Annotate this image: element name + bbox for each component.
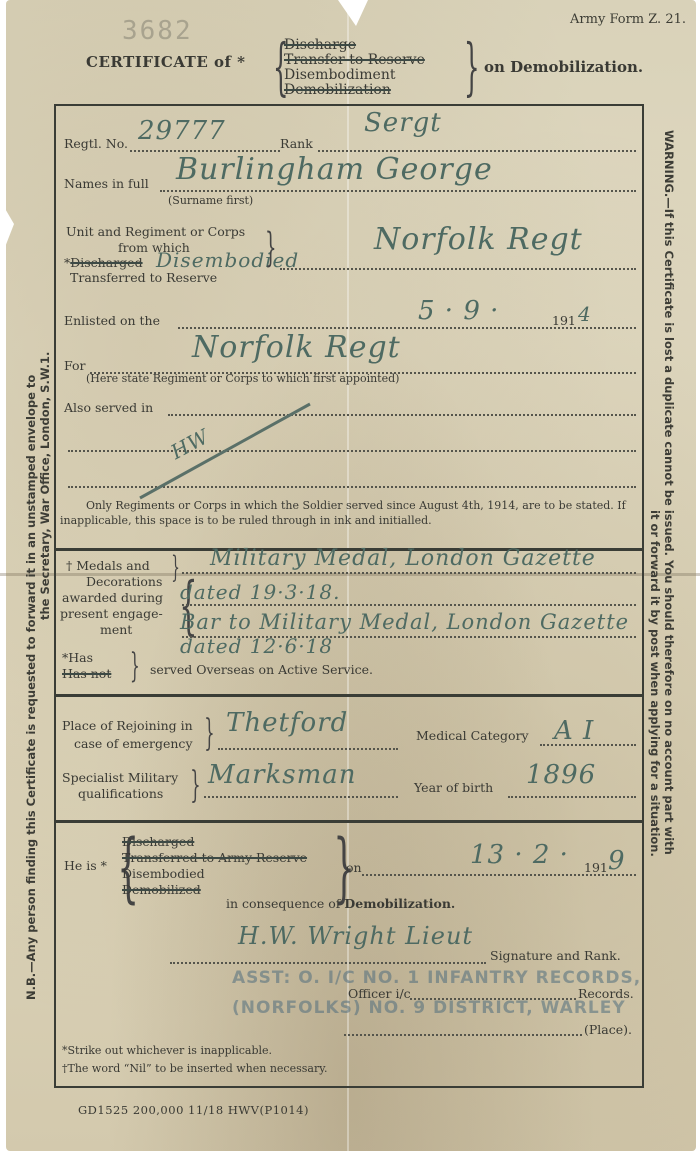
names-value: Burlingham George xyxy=(176,152,493,187)
left-notice-line-2: the Secretary, War Office, London, S.W.1… xyxy=(38,160,52,1000)
enlisted-year-hand: 4 xyxy=(578,302,592,326)
records-stamp-line-1: ASST: O. I/C NO. 1 INFANTRY RECORDS, xyxy=(232,968,641,988)
rejoin-label-2: case of emergency xyxy=(74,736,193,751)
place-label: (Place). xyxy=(584,1022,632,1037)
strike-note: *Strike out whichever is inapplicable. xyxy=(62,1044,272,1057)
signature-label: Signature and Rank. xyxy=(490,948,621,963)
status-year-hand: 9 xyxy=(608,846,626,876)
unit-label-1: Unit and Regiment or Corps xyxy=(66,224,245,239)
specialist-label-2: qualifications xyxy=(78,786,163,801)
right-warning-line-2: it or forward it by post when applying f… xyxy=(648,130,662,1090)
unit-label-3-handwritten: Disembodied xyxy=(156,248,299,272)
year-of-birth-field[interactable] xyxy=(508,796,636,798)
for-value: Norfolk Regt xyxy=(192,330,401,365)
medals-label-1: † Medals and xyxy=(66,558,150,573)
rejoin-label-1: Place of Rejoining in xyxy=(62,718,193,733)
rank-value: Sergt xyxy=(364,108,442,138)
rejoin-brace: } xyxy=(204,714,214,754)
ruled-through-line xyxy=(130,398,320,508)
status-date-value: 13 · 2 · xyxy=(470,840,569,870)
title-option-demobilization: Demobilization xyxy=(284,83,425,98)
status-option-discharged: Discharged xyxy=(122,834,194,849)
enlisted-date: 5 · 9 · xyxy=(418,296,499,326)
overseas-has-not: Has not xyxy=(62,666,111,681)
year-of-birth-label: Year of birth xyxy=(414,780,493,795)
overseas-brace: } xyxy=(130,646,140,686)
army-form-number: Army Form Z. 21. xyxy=(570,12,686,27)
medical-category-value: A I xyxy=(554,716,594,746)
unit-label-3: *Discharged xyxy=(64,255,143,270)
medals-label-3: awarded during xyxy=(62,590,163,605)
specialist-brace: } xyxy=(190,766,200,806)
for-label: For xyxy=(64,358,86,373)
regtl-no-value: 29777 xyxy=(138,116,226,146)
overseas-has: *Has xyxy=(62,650,93,665)
medals-label-5: ment xyxy=(100,622,132,637)
unit-field[interactable] xyxy=(280,268,636,270)
rank-label: Rank xyxy=(280,136,313,151)
title-option-discharge: Discharge xyxy=(284,38,425,53)
year-of-birth-value: 1896 xyxy=(526,760,596,790)
medals-line-1: Military Medal, London Gazette xyxy=(210,546,596,571)
title-prefix: CERTIFICATE of * xyxy=(86,53,246,71)
medals-label-2: Decorations xyxy=(86,574,162,589)
status-option-transferred: Transferred to Army Reserve xyxy=(122,850,307,865)
right-warning-line-1: WARNING.—If this Certificate is lost a d… xyxy=(662,130,676,1090)
specialist-label-1: Specialist Military xyxy=(62,770,178,785)
medals-line-2: dated 19·3·18. xyxy=(180,580,340,604)
left-notice-line-1: N.B.—Any person finding this Certificate… xyxy=(24,160,38,1000)
enlisted-label: Enlisted on the xyxy=(64,313,160,328)
names-label: Names in full xyxy=(64,176,149,191)
left-margin-notice: N.B.—Any person finding this Certificate… xyxy=(24,160,52,1000)
medals-field-1[interactable] xyxy=(182,572,636,574)
status-year-prefix: 191 xyxy=(584,860,608,875)
consequence-text: in consequence of Demobilization. xyxy=(226,896,455,911)
title-option-transfer: Transfer to Reserve xyxy=(284,53,425,68)
title-option-disembodiment: Disembodiment xyxy=(284,68,425,83)
also-served-note: Only Regiments or Corps in which the Sol… xyxy=(60,498,638,528)
enlisted-year-prefix: 191 xyxy=(552,313,576,328)
right-margin-warning: WARNING.—If this Certificate is lost a d… xyxy=(648,130,676,1090)
names-field[interactable] xyxy=(160,190,636,192)
status-option-disembodied: Disembodied xyxy=(122,866,205,881)
unit-label-4: Transferred to Reserve xyxy=(70,270,217,285)
medals-field-2[interactable] xyxy=(182,604,636,606)
unit-value: Norfolk Regt xyxy=(374,222,583,257)
regtl-no-label: Regtl. No. xyxy=(64,136,128,151)
nil-note: †The word “Nil” to be inserted when nece… xyxy=(62,1062,327,1075)
rejoin-value: Thetford xyxy=(226,708,348,738)
he-is-label: He is * xyxy=(64,858,107,873)
print-code: GD1525 200,000 11/18 HWV(P1014) xyxy=(78,1103,309,1117)
names-hint: (Surname first) xyxy=(168,194,253,207)
records-stamp-line-2: (NORFOLKS) NO. 9 DISTRICT, WARLEY xyxy=(232,998,626,1018)
medals-line-3: Bar to Military Medal, London Gazette xyxy=(180,610,629,634)
title-options: Discharge Transfer to Reserve Disembodim… xyxy=(284,38,425,98)
status-on-label: on xyxy=(346,860,362,875)
specialist-value: Marksman xyxy=(208,760,357,790)
signature-field[interactable] xyxy=(170,962,486,964)
rejoin-field[interactable] xyxy=(218,748,398,750)
place-field[interactable] xyxy=(344,1034,582,1036)
specialist-field[interactable] xyxy=(204,796,398,798)
medals-label-4: present engage- xyxy=(60,606,163,621)
section-divider-2 xyxy=(56,694,642,697)
status-option-demobilized: Demobilized xyxy=(122,882,201,897)
brace-close: } xyxy=(464,38,480,96)
unit-brace: } xyxy=(265,228,276,268)
medals-line-4: dated 12·6·18 xyxy=(180,634,333,658)
certificate-title: CERTIFICATE of * { Discharge Transfer to… xyxy=(86,38,666,100)
title-suffix: on Demobilization. xyxy=(484,58,643,76)
signature-value: H.W. Wright Lieut xyxy=(238,922,473,950)
overseas-text: served Overseas on Active Service. xyxy=(150,662,373,677)
for-hint: (Here state Regiment or Corps to which f… xyxy=(86,372,399,385)
medical-category-label: Medical Category xyxy=(416,728,529,743)
